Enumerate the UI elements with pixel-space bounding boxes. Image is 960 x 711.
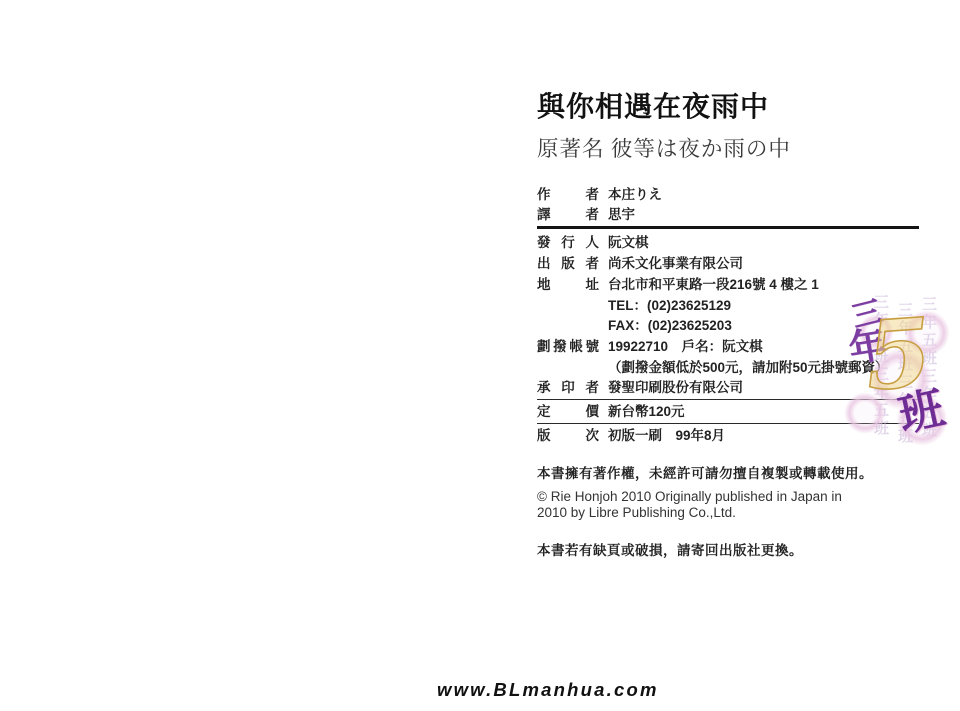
- info-row-value: 新台幣120元: [608, 402, 685, 423]
- colophon-block: 與你相遇在夜雨中 原著名 彼等は夜か雨の中 作者 本庄りえ 譯者 思宇 發行人 …: [537, 92, 919, 559]
- info-row: 劃撥帳號 19922710 戶名：阮文棋: [537, 337, 919, 358]
- info-row-label: 定價: [537, 402, 599, 423]
- info-row-value: 本庄りえ: [608, 185, 662, 206]
- info-row: 發行人 阮文棋: [537, 233, 919, 254]
- info-row-value: 台北市和平東路一段216號 4 樓之 1: [608, 275, 819, 296]
- info-row: TEL：(02)23625129: [537, 296, 919, 317]
- info-row-label: 作者: [537, 185, 599, 206]
- info-row-value: 發聖印刷股份有限公司: [608, 378, 743, 399]
- info-row: 承印者 發聖印刷股份有限公司: [537, 378, 919, 400]
- info-row-value: TEL：(02)23625129: [608, 296, 731, 317]
- info-row-label: 出版者: [537, 254, 599, 275]
- english-copyright-line1: © Rie Honjoh 2010 Originally published i…: [537, 489, 842, 504]
- info-row-value: FAX：(02)23625203: [608, 316, 732, 337]
- watermark-background-text: 三年五班三年五班: [918, 296, 939, 440]
- info-row: 定價 新台幣120元: [537, 402, 919, 424]
- info-row-label: 發行人: [537, 233, 599, 254]
- info-row: （劃撥金額低於500元，請加附50元掛號郵資）: [537, 358, 919, 379]
- info-row-value: 19922710 戶名：阮文棋: [608, 337, 763, 358]
- info-row-value: 尚禾文化事業有限公司: [608, 254, 743, 275]
- publication-info-table: 作者 本庄りえ 譯者 思宇 發行人 阮文棋 出版者 尚禾文化事業有限公司 地址 …: [537, 185, 919, 447]
- info-row: FAX：(02)23625203: [537, 316, 919, 337]
- info-row-value: 初版一刷 99年8月: [608, 426, 725, 447]
- info-row: 出版者 尚禾文化事業有限公司: [537, 254, 919, 275]
- book-title: 與你相遇在夜雨中: [537, 92, 919, 123]
- info-row-value: （劃撥金額低於500元，請加附50元掛號郵資）: [608, 358, 889, 379]
- info-row: 譯者 思宇: [537, 205, 919, 229]
- info-row-label: 承印者: [537, 378, 599, 399]
- info-row: 地址 台北市和平東路一段216號 4 樓之 1: [537, 275, 919, 296]
- info-row-label: 譯者: [537, 205, 599, 226]
- return-notice: 本書若有缺頁或破損，請寄回出版社更換。: [537, 539, 919, 559]
- copyright-notice: 本書擁有著作權，未經許可請勿擅自複製或轉載使用。: [537, 462, 919, 482]
- english-copyright-line2: 2010 by Libre Publishing Co.,Ltd.: [537, 505, 736, 520]
- original-title-label: 原著名: [537, 137, 605, 161]
- info-row-label: 劃撥帳號: [537, 337, 599, 358]
- info-row-value: 阮文棋: [608, 233, 649, 254]
- info-row-label: 版次: [537, 426, 599, 447]
- info-row-label: 地址: [537, 275, 599, 296]
- info-row-value: 思宇: [608, 205, 635, 226]
- original-title-line: 原著名 彼等は夜か雨の中: [537, 132, 919, 163]
- english-copyright: © Rie Honjoh 2010 Originally published i…: [537, 489, 919, 522]
- website-url: www.BLmanhua.com: [437, 679, 659, 701]
- info-row: 版次 初版一刷 99年8月: [537, 426, 919, 447]
- info-row: 作者 本庄りえ: [537, 185, 919, 206]
- original-title-text: 彼等は夜か雨の中: [611, 137, 791, 161]
